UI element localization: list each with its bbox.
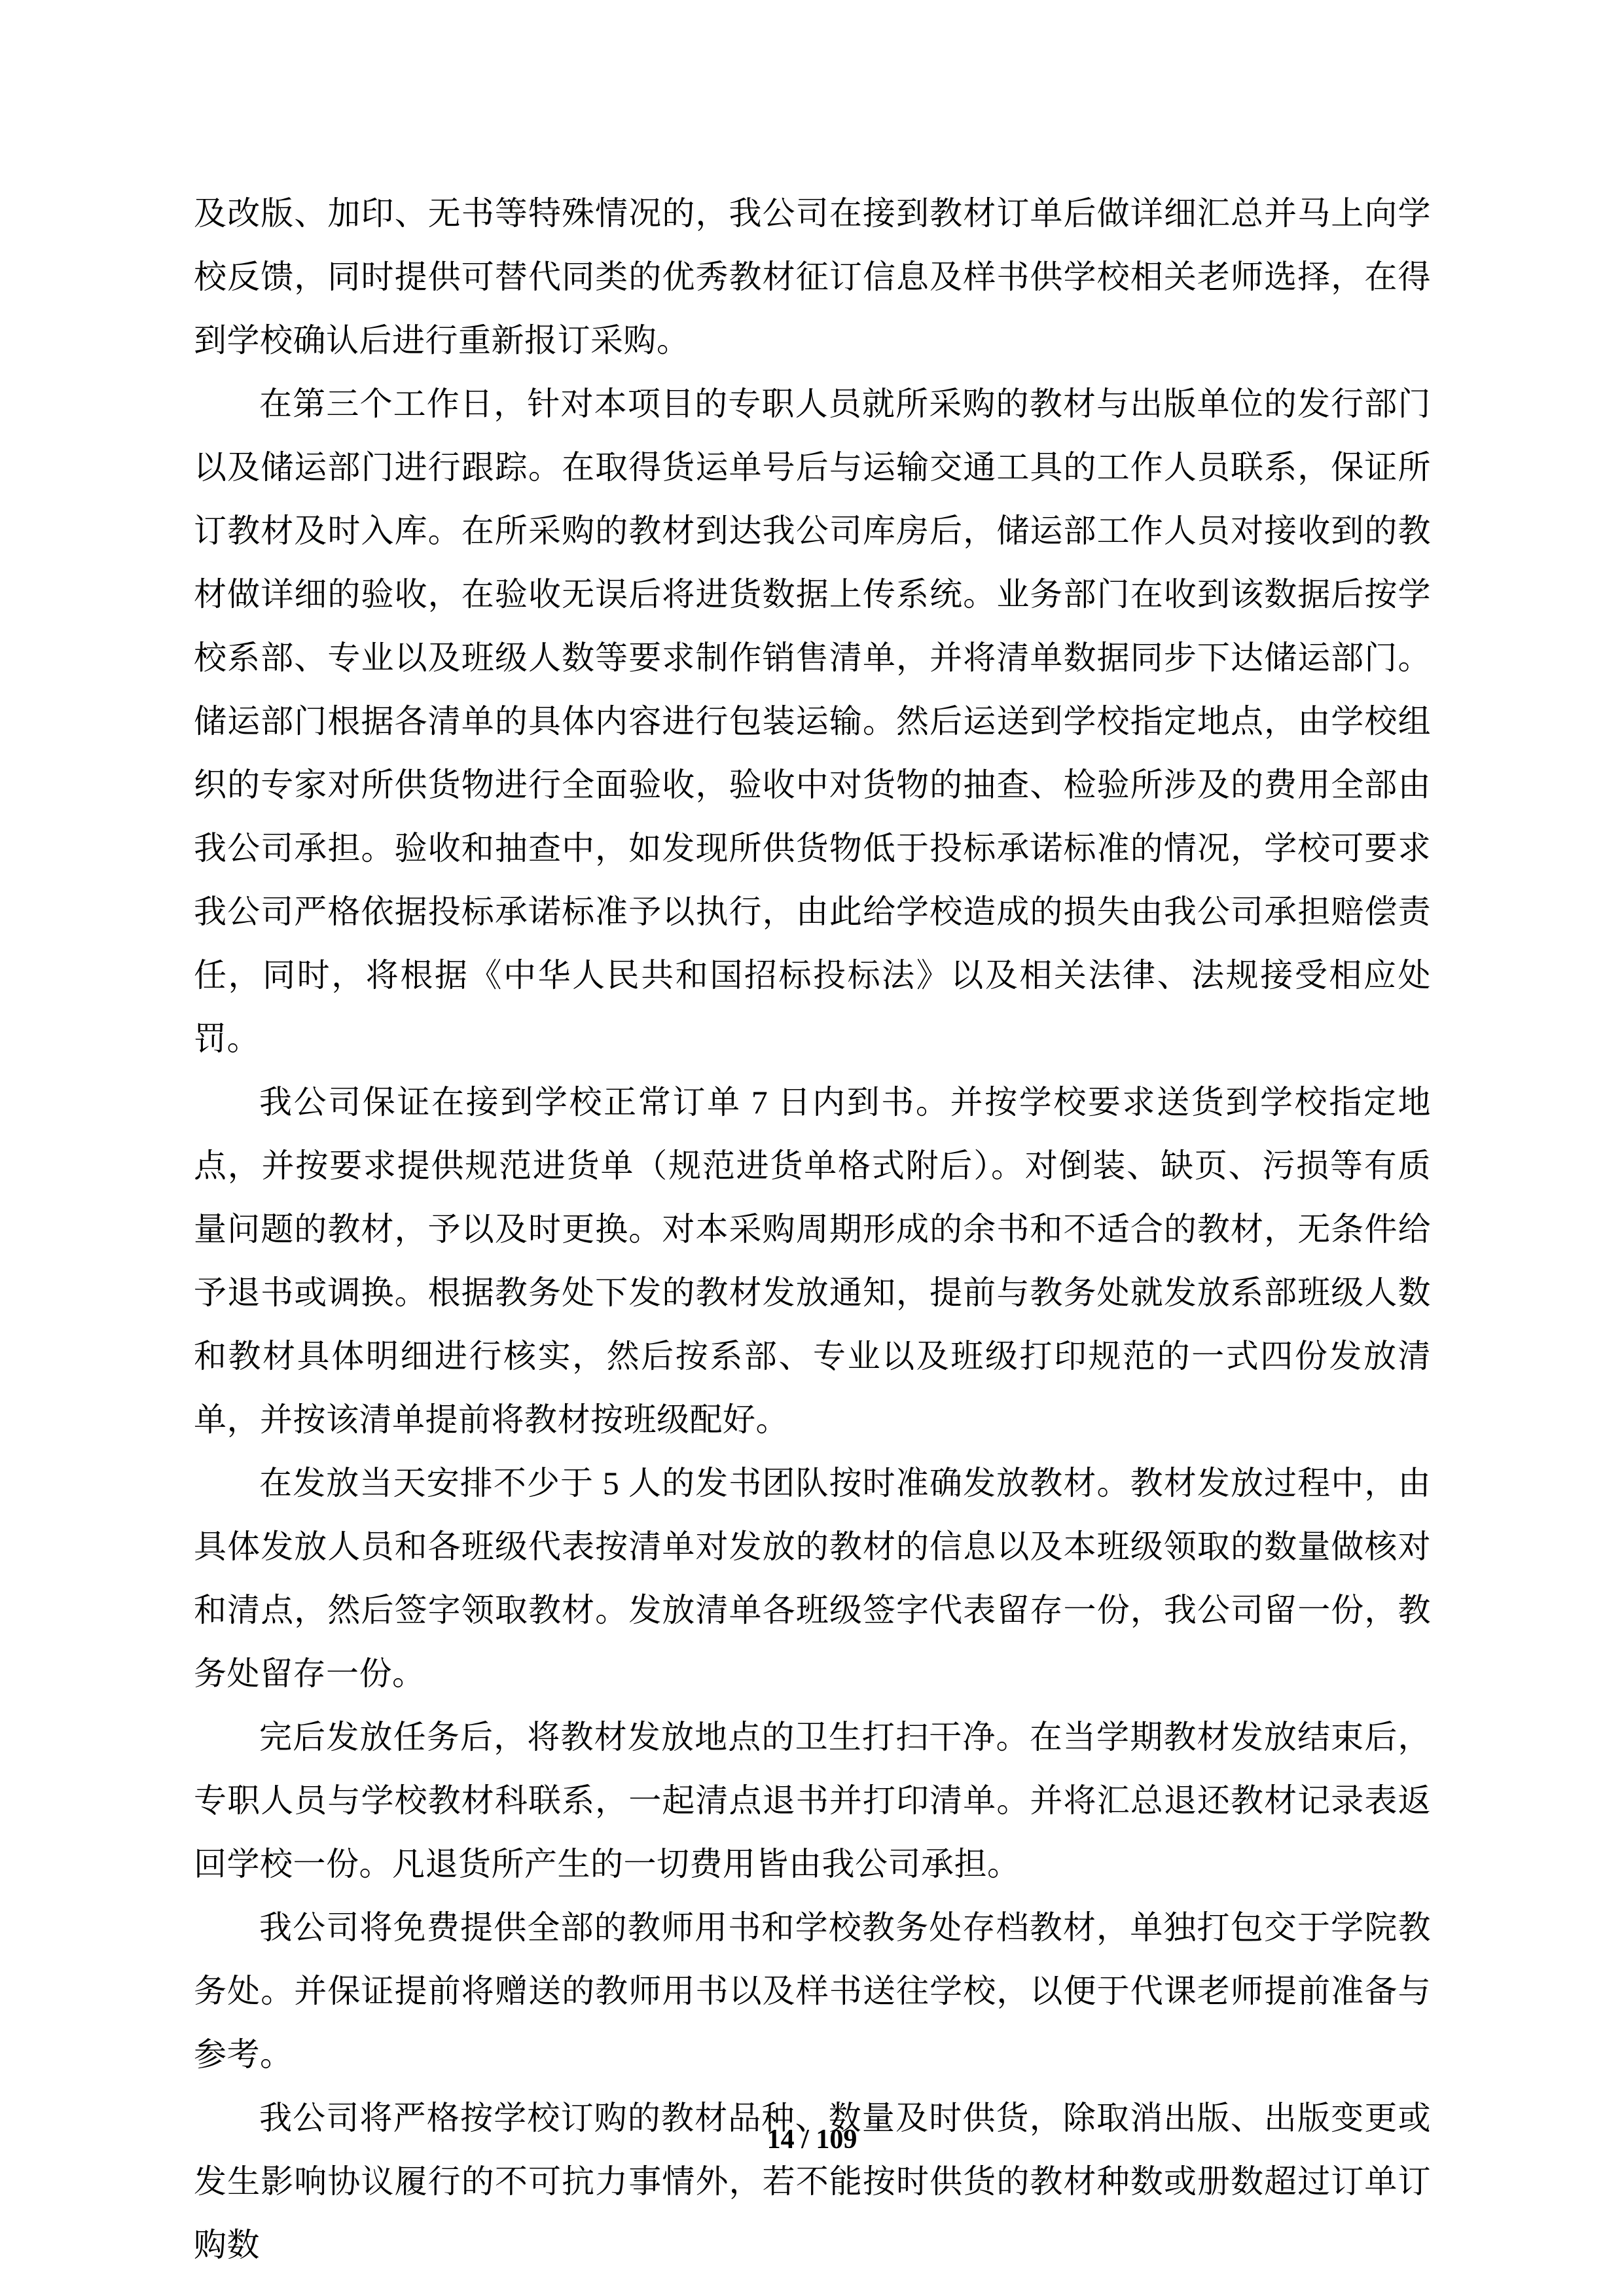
paragraph-delivery-guarantee: 我公司保证在接到学校正常订单 7 日内到书。并按学校要求送货到学校指定地点，并按…	[194, 1071, 1431, 1452]
paragraph-workday-tracking: 在第三个工作日，针对本项目的专职人员就所采购的教材与出版单位的发行部门以及储运部…	[194, 372, 1431, 1071]
paragraph-strict-supply: 我公司将严格按学校订购的教材品种、数量及时供货，除取消出版、出版变更或发生影响协…	[194, 2087, 1431, 2277]
page-number: 14 / 109	[767, 2125, 857, 2155]
paragraph-free-teacher-books: 我公司将免费提供全部的教师用书和学校教务处存档教材，单独打包交于学院教务处。并保…	[194, 1896, 1431, 2087]
paragraph-cleanup-returns: 完后发放任务后，将教材发放地点的卫生打扫干净。在当学期教材发放结束后，专职人员与…	[194, 1706, 1431, 1896]
body-text: 及改版、加印、无书等特殊情况的，我公司在接到教材订单后做详细汇总并马上向学校反馈…	[194, 182, 1431, 2277]
paragraph-continuation: 及改版、加印、无书等特殊情况的，我公司在接到教材订单后做详细汇总并马上向学校反馈…	[194, 182, 1431, 372]
document-page: 及改版、加印、无书等特殊情况的，我公司在接到教材订单后做详细汇总并马上向学校反馈…	[0, 0, 1624, 2296]
paragraph-distribution-team: 在发放当天安排不少于 5 人的发书团队按时准确发放教材。教材发放过程中，由具体发…	[194, 1452, 1431, 1706]
page-footer: 14 / 109	[0, 2125, 1624, 2155]
